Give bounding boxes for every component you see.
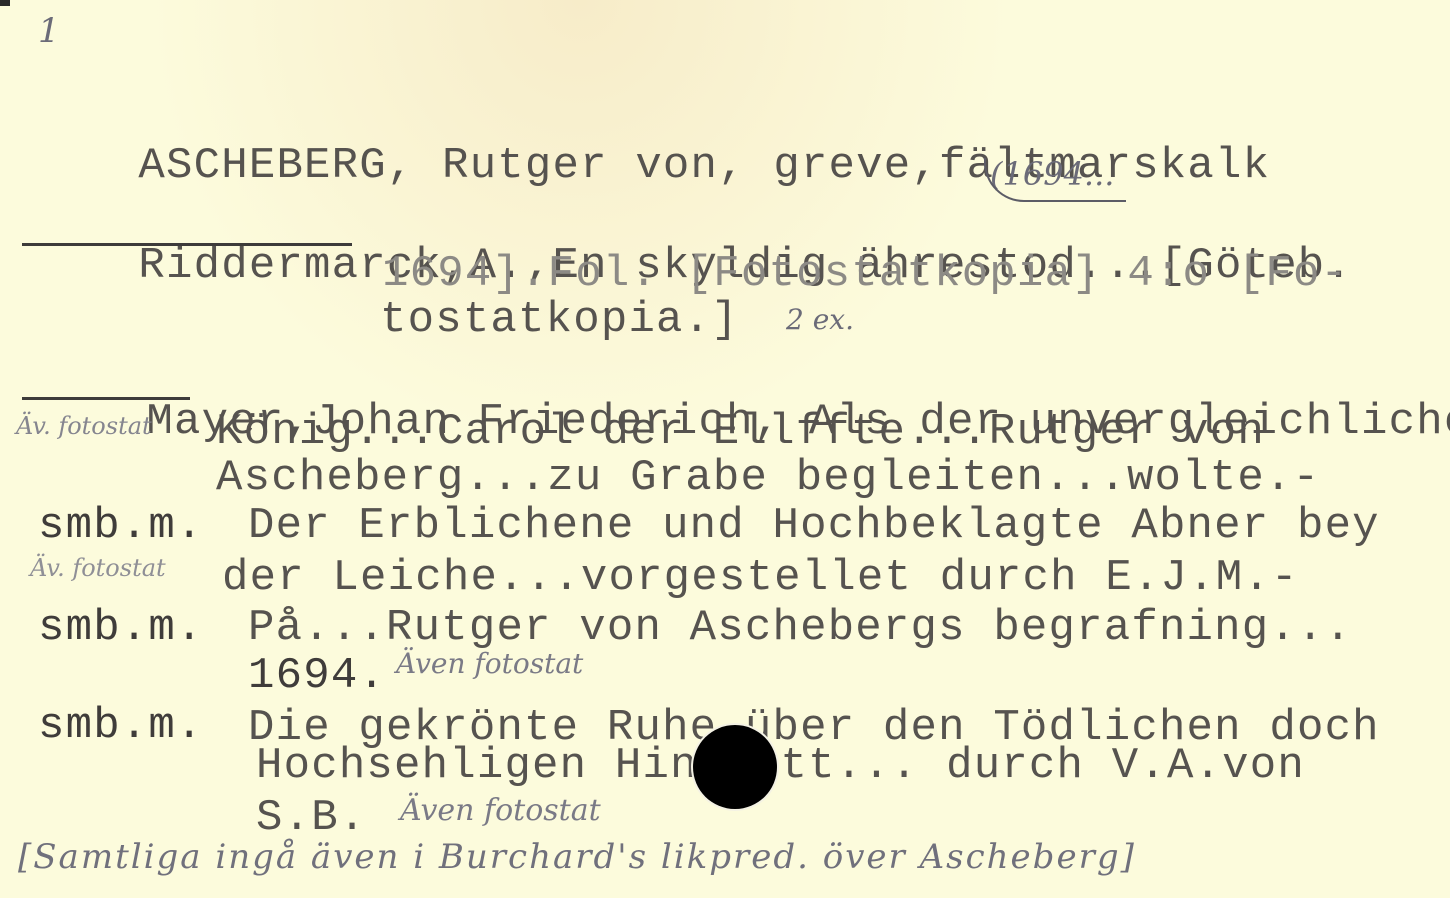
entry-3-prefix: smb.m. xyxy=(38,504,204,548)
entry-1-line-3: tostatkopia.] xyxy=(380,298,739,342)
entry-2-author-underline xyxy=(22,397,190,400)
entry-2-line-2: König...Carol der Ellffte...Rutger von xyxy=(216,410,1265,454)
entry-4-prefix: smb.m. xyxy=(38,606,204,650)
footer-handwritten-note: [Samtliga ingå även i Burchard's likpred… xyxy=(18,840,1136,874)
entry-5-prefix: smb.m. xyxy=(38,704,204,748)
entry-1-line-2: 1694].Fol. [Fotostatkopia] 4:o [Fo- xyxy=(382,252,1348,296)
entry-5-handwritten-note: Även fotostat xyxy=(400,796,601,826)
entry-3-margin-note: Äv. fotostat xyxy=(30,556,166,580)
entry-4-line-1: På...Rutger von Aschebergs begrafning... xyxy=(248,606,1352,650)
punch-hole xyxy=(693,725,777,809)
entry-4-handwritten-note: Även fotostat xyxy=(396,650,583,678)
entry-2-line-3: Ascheberg...zu Grabe begleiten...wolte.- xyxy=(216,456,1320,500)
entry-3-line-2: der Leiche...vorgestellet durch E.J.M.- xyxy=(222,556,1299,600)
entry-2-margin-note: Äv. fotostat xyxy=(16,414,152,438)
entry-5-line-2: Hochsehligen Hintritt... durch V.A.von xyxy=(256,744,1305,788)
heading-surname: ASCHEBERG xyxy=(138,141,386,191)
card-sequence-number: 1 xyxy=(38,14,60,48)
corner-mark xyxy=(0,0,10,6)
entry-1-handwritten-note: 2 ex. xyxy=(786,306,854,334)
entry-4-line-2: 1694. xyxy=(248,654,386,698)
heading-rest: , Rutger von, greve,fältmarskalk xyxy=(387,141,1270,191)
entry-5-line-3: S.B. xyxy=(256,796,366,840)
entry-3-line-1: Der Erblichene und Hochbeklagte Abner be… xyxy=(248,504,1380,548)
entry-1-author-underline xyxy=(22,243,352,246)
date-annotation-arc xyxy=(984,158,1126,202)
catalog-card: 1 ASCHEBERG, Rutger von, greve,fältmarsk… xyxy=(0,0,1450,898)
